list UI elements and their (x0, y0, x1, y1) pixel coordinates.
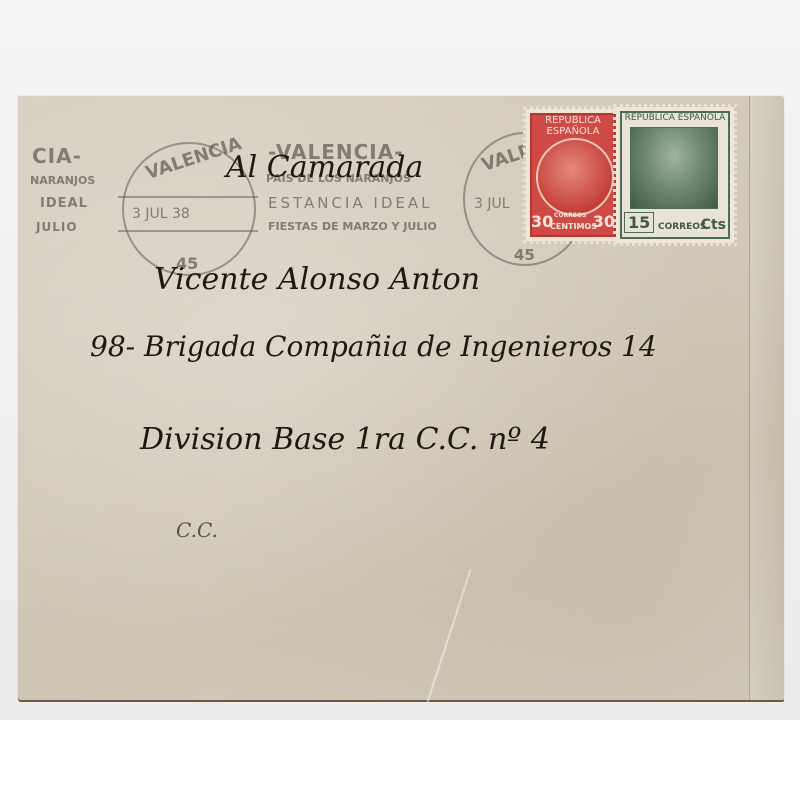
address-division: Division Base 1ra C.C. nº 4 (140, 422, 550, 457)
envelope: CIA- NARANJOS IDEAL JULIO VALENCIA 3 JUL… (18, 96, 784, 700)
censor-mark: C.C. (176, 518, 218, 542)
paper-crease (426, 569, 471, 703)
address-salutation: Al Camarada (226, 150, 423, 185)
address-recipient: Vicente Alonso Anton (154, 262, 480, 297)
stamp-15-centimos: REPUBLICA ESPAÑOLA 15 CORREOS Cts (616, 107, 734, 243)
address-unit: 98- Brigada Compañia de Ingenieros 14 (90, 330, 657, 363)
stamp-30-centimos: REPUBLICA ESPAÑOLA 30 30 CORREOS CENTIMO… (526, 109, 620, 241)
envelope-side-flap (749, 96, 784, 700)
portrait-engraving (630, 127, 718, 209)
portrait-medallion (536, 138, 614, 216)
